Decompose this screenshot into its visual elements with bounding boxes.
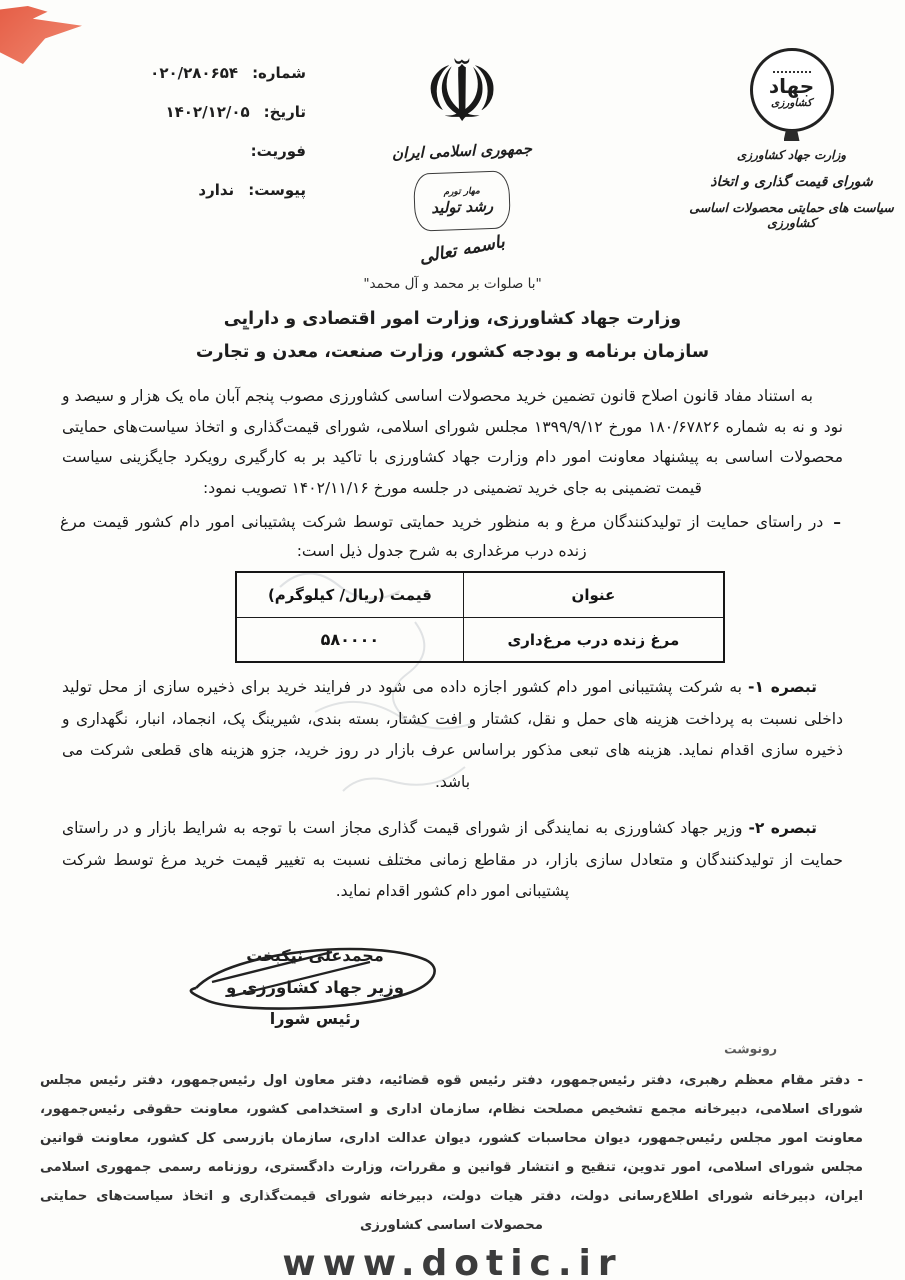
jahad-keshavarzi-logo-icon: جهاد کشاورزی	[750, 48, 834, 132]
margin-dash-mark: –	[242, 318, 250, 337]
note-1-text: به شرکت پشتیبانی امور دام کشور اجازه داد…	[62, 678, 843, 791]
bullet-dash: –	[833, 508, 841, 566]
country-calligraphy: جمهوری اسلامی ایران	[377, 139, 548, 163]
slogan-top: مهار تورم	[443, 186, 480, 197]
bullet-text: در راستای حمایت از تولیدکنندگان مرغ و به…	[60, 508, 823, 566]
field-value: ۱۴۰۲/۱۲/۰۵	[165, 103, 249, 121]
signer-name: محمدعلی نیکبخت	[170, 946, 460, 965]
intro-paragraph: به استناد مفاد قانون اصلاح قانون تضمین خ…	[62, 381, 843, 503]
field-number: شماره: ۰۲۰/۲۸۰۶۵۴	[80, 64, 306, 103]
logo-dots-decoration	[773, 71, 811, 73]
field-date: تاریخ: ۱۴۰۲/۱۲/۰۵	[80, 103, 306, 142]
slogan-main: رشد تولید	[431, 196, 493, 216]
note-1: تبصره ۱-به شرکت پشتیبانی امور دام کشور ا…	[62, 672, 843, 798]
letterhead-fields: شماره: ۰۲۰/۲۸۰۶۵۴ تاریخ: ۱۴۰۲/۱۲/۰۵ فوری…	[80, 64, 306, 220]
signer-title-line2: رئیس شورا	[170, 1009, 460, 1028]
logo-text-bottom: کشاورزی	[771, 97, 812, 109]
field-urgency: فوریت:	[80, 142, 306, 181]
ministry-block: جهاد کشاورزی وزارت جهاد کشاورزی شورای قی…	[684, 48, 899, 230]
cell-item-price: ۵۸۰۰۰۰	[236, 618, 463, 663]
cc-list: - دفتر مقام معظم رهبری، دفتر رئیس‌جمهور،…	[40, 1066, 863, 1240]
year-slogan-cartouche: مهار تورم رشد تولید	[413, 170, 511, 231]
column-header-title: عنوان	[463, 572, 724, 618]
council-name-line1: شورای قیمت گذاری و اتخاذ	[684, 174, 899, 190]
field-label: فوریت:	[251, 142, 306, 160]
cell-item-title: مرغ زنده درب مرغ‌داری	[463, 618, 724, 663]
bismillah-calligraphy: باسمه تعالی	[377, 224, 548, 276]
national-emblem-block: ☫ جمهوری اسلامی ایران مهار تورم رشد تولی…	[377, 44, 547, 260]
table-row: مرغ زنده درب مرغ‌داری ۵۸۰۰۰۰	[236, 618, 724, 663]
council-name-line2: سیاست های حمایتی محصولات اساسی کشاورزی	[684, 200, 899, 230]
note-2-title: تبصره ۲-	[748, 819, 817, 837]
table-header-row: عنوان قیمت (ریال/ کیلوگرم)	[236, 572, 724, 618]
field-attachment: پیوست: ندارد	[80, 181, 306, 220]
field-label: شماره:	[252, 64, 306, 82]
signer-title-line1: وزیر جهاد کشاورزی و	[170, 978, 460, 997]
addressees: وزارت جهاد کشاورزی، وزارت امور اقتصادی و…	[0, 303, 905, 369]
field-value: ۰۲۰/۲۸۰۶۵۴	[150, 64, 238, 82]
column-header-price: قیمت (ریال/ کیلوگرم)	[236, 572, 463, 618]
note-2: تبصره ۲-وزیر جهاد کشاورزی به نمایندگی از…	[62, 813, 843, 908]
bullet-item: – در راستای حمایت از تولیدکنندگان مرغ و …	[60, 508, 841, 566]
footer-url: www.dotic.ir	[0, 1243, 905, 1280]
field-label: پیوست:	[248, 181, 306, 199]
price-table: عنوان قیمت (ریال/ کیلوگرم) مرغ زنده درب …	[235, 571, 725, 663]
field-label: تاریخ:	[264, 103, 306, 121]
red-scan-artifact	[0, 6, 82, 64]
note-1-title: تبصره ۱-	[748, 678, 817, 696]
scanned-letter-page: شماره: ۰۲۰/۲۸۰۶۵۴ تاریخ: ۱۴۰۲/۱۲/۰۵ فوری…	[0, 0, 905, 1280]
cc-label: رونوشت	[724, 1041, 777, 1057]
addressee-line: سازمان برنامه و بودجه کشور، وزارت صنعت، …	[0, 336, 905, 369]
signature-block: محمدعلی نیکبخت وزیر جهاد کشاورزی و رئیس …	[170, 946, 460, 1028]
note-2-text: وزیر جهاد کشاورزی به نمایندگی از شورای ق…	[62, 819, 843, 900]
iran-emblem-icon: ☫	[377, 44, 547, 140]
salutation: "با صلوات بر محمد و آل محمد"	[0, 276, 905, 292]
logo-text-top: جهاد	[769, 75, 814, 97]
addressee-line: وزارت جهاد کشاورزی، وزارت امور اقتصادی و…	[0, 303, 905, 336]
field-value: ندارد	[198, 181, 234, 199]
ministry-name: وزارت جهاد کشاورزی	[684, 148, 899, 162]
